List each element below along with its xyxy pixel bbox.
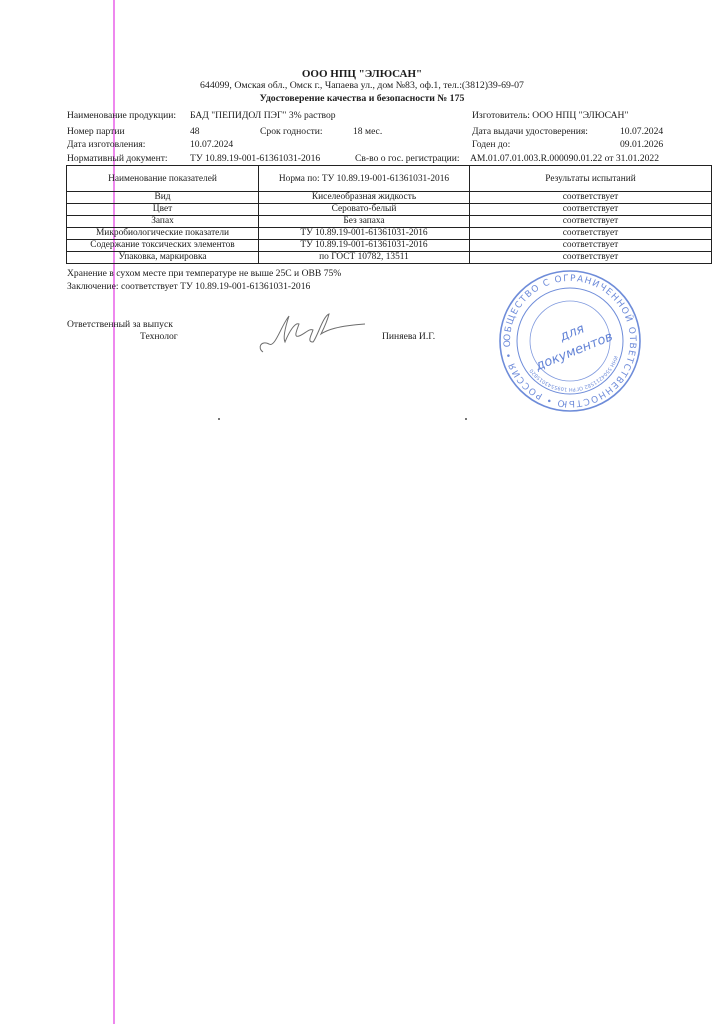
manufacture-date-label: Дата изготовления: [67,139,145,150]
registration-value: AM.01.07.01.003.R.000090.01.22 от 31.01.… [470,153,659,164]
cell-norm: Без запаха [259,216,470,228]
cell-norm: ТУ 10.89.19-001-61361031-2016 [259,240,470,252]
company-name: ООО НПЦ "ЭЛЮСАН" [0,68,724,80]
signature-mark [255,308,375,358]
registration-label: Св-во о гос. регистрации: [355,153,460,164]
cell-indicator: Запах [67,216,259,228]
product-value: БАД "ПЕПИДОЛ ПЭГ" 3% раствор [190,110,336,121]
cell-indicator: Микробиологические показатели [67,228,259,240]
header-result: Результаты испытаний [470,166,712,192]
valid-until-value: 09.01.2026 [620,139,663,150]
table-row: Запах Без запаха соответствует [67,216,712,228]
certificate-title: Удостоверение качества и безопасности № … [0,93,724,104]
signer-name: Пиняева И.Г. [382,331,435,342]
table-row: Микробиологические показатели ТУ 10.89.1… [67,228,712,240]
cell-result: соответствует [470,204,712,216]
company-address: 644099, Омская обл., Омск г., Чапаева ул… [0,80,724,91]
cell-norm: по ГОСТ 10782, 13511 [259,252,470,264]
cell-result: соответствует [470,252,712,264]
product-label: Наименование продукции: [67,110,176,121]
cell-indicator: Упаковка, маркировка [67,252,259,264]
table-header-row: Наименование показателей Норма по: ТУ 10… [67,166,712,192]
header-indicator: Наименование показателей [67,166,259,192]
issue-date-value: 10.07.2024 [620,126,663,137]
cell-indicator: Вид [67,192,259,204]
manufacturer: Изготовитель: ООО НПЦ "ЭЛЮСАН" [472,110,628,121]
header-norm: Норма по: ТУ 10.89.19-001-61361031-2016 [259,166,470,192]
position-label: Технолог [140,331,178,342]
cell-indicator: Цвет [67,204,259,216]
company-stamp: ОБЩЕСТВО С ОГРАНИЧЕННОЙ ОТВЕТСТВЕННОСТЬЮ… [497,268,643,414]
batch-label: Номер партии [67,126,125,137]
cell-indicator: Содержание токсических элементов [67,240,259,252]
conclusion-note: Заключение: соответствует ТУ 10.89.19-00… [67,281,310,292]
table-row: Вид Киселеобразная жидкость соответствуе… [67,192,712,204]
valid-until-label: Годен до: [472,139,510,150]
normative-doc-value: ТУ 10.89.19-001-61361031-2016 [190,153,320,164]
cell-norm: Серовато-белый [259,204,470,216]
shelf-life-value: 18 мес. [353,126,382,137]
cell-norm: Киселеобразная жидкость [259,192,470,204]
results-table: Наименование показателей Норма по: ТУ 10… [66,165,712,264]
cell-result: соответствует [470,228,712,240]
cell-result: соответствует [470,192,712,204]
normative-doc-label: Нормативный документ: [67,153,168,164]
issue-date-label: Дата выдачи удостоверения: [472,126,588,137]
cell-result: соответствует [470,240,712,252]
table-row: Цвет Серовато-белый соответствует [67,204,712,216]
scan-speck [218,418,220,420]
manufacture-date-value: 10.07.2024 [190,139,233,150]
scan-speck [465,418,467,420]
table-row: Содержание токсических элементов ТУ 10.8… [67,240,712,252]
table-row: Упаковка, маркировка по ГОСТ 10782, 1351… [67,252,712,264]
storage-note: Хранение в сухом месте при температуре н… [67,268,341,279]
cell-result: соответствует [470,216,712,228]
shelf-life-label: Срок годности: [260,126,323,137]
batch-value: 48 [190,126,200,137]
responsible-label: Ответственный за выпуск [67,319,173,330]
cell-norm: ТУ 10.89.19-001-61361031-2016 [259,228,470,240]
